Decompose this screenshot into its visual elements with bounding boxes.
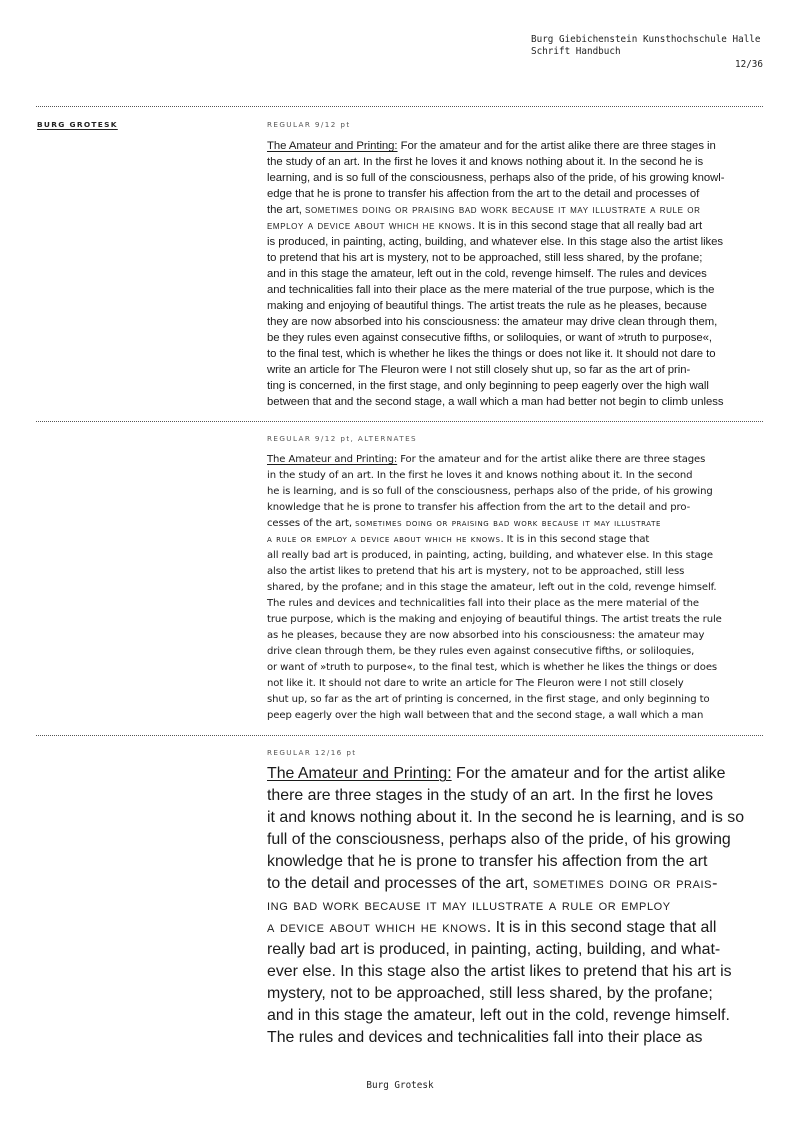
text-line: to pretend that his art is mystery, not … [267, 250, 767, 266]
text-line: The Amateur and Printing: For the amateu… [267, 763, 767, 785]
page-header: Burg Giebichenstein Kunsthochschule Hall… [531, 34, 763, 71]
text-line: knowledge that he is prone to transfer h… [267, 851, 767, 873]
text-line: ever else. In this stage also the artist… [267, 961, 767, 983]
specimen-text: The Amateur and Printing: For the amateu… [267, 763, 767, 1049]
text-line: true purpose, which is the making and en… [267, 612, 767, 628]
specimen-spec-label: REGULAR 9/12 pt, ALTERNATES [267, 434, 767, 443]
text-line: in the study of an art. In the first he … [267, 468, 767, 484]
specimen-title: The Amateur and Printing: [267, 765, 452, 782]
specimen-section-regular-12-16: REGULAR 12/16 pt The Amateur and Printin… [267, 748, 767, 1049]
text-line: The rules and devices and technicalities… [267, 1027, 767, 1049]
text-line: not like it. It should not dare to write… [267, 676, 767, 692]
specimen-spec-label: REGULAR 12/16 pt [267, 748, 767, 757]
specimen-section-regular-9-12: REGULAR 9/12 pt The Amateur and Printing… [267, 120, 767, 410]
text-line: they are now absorbed into his conscious… [267, 314, 767, 330]
specimen-text: The Amateur and Printing: For the amateu… [267, 452, 767, 724]
text-line: as he pleases, because they are now abso… [267, 628, 767, 644]
text-line: a rule or employ a device about which he… [267, 532, 767, 548]
text-line: is produced, in painting, acting, buildi… [267, 234, 767, 250]
text-line: he is learning, and is so full of the co… [267, 484, 767, 500]
text-line: really bad art is produced, in painting,… [267, 939, 767, 961]
text-line: to the final test, which is whether he l… [267, 346, 767, 362]
text-line: mystery, not to be approached, still les… [267, 983, 767, 1005]
text-line: between that and the second stage, a wal… [267, 394, 767, 410]
dotted-divider [36, 106, 763, 107]
page-number: 12/36 [531, 59, 763, 71]
text-line: also the artist likes to pretend that hi… [267, 564, 767, 580]
publication-title: Schrift Handbuch [531, 46, 763, 58]
font-family-label: BURG GROTESK [37, 120, 118, 129]
text-line: and in this stage the amateur, left out … [267, 266, 767, 282]
text-line: drive clean through them, be they rules … [267, 644, 767, 660]
text-line: be they rules even against consecutive f… [267, 330, 767, 346]
page-footer: Burg Grotesk [0, 1080, 800, 1091]
text-line: shut up, so far as the art of printing i… [267, 692, 767, 708]
text-line: the study of an art. In the first he lov… [267, 154, 767, 170]
text-line: and technicalities fall into their place… [267, 282, 767, 298]
text-line: the art, sometimes doing or praising bad… [267, 202, 767, 218]
text-line: all really bad art is produced, in paint… [267, 548, 767, 564]
text-line: peep eagerly over the high wall between … [267, 708, 767, 724]
small-caps-text: sometimes doing or prais- [533, 875, 718, 892]
text-line: shared, by the profane; and in this stag… [267, 580, 767, 596]
small-caps-text: a device about which he knows [267, 919, 487, 936]
text-line: The Amateur and Printing: For the amateu… [267, 452, 767, 468]
text-line: learning, and is so full of the consciou… [267, 170, 767, 186]
specimen-spec-label: REGULAR 9/12 pt [267, 120, 767, 129]
small-caps-text: sometimes doing or praising bad work bec… [305, 204, 700, 216]
text-line: ting is concerned, in the first stage, a… [267, 378, 767, 394]
small-caps-text: ing bad work because it may illustrate a… [267, 897, 671, 914]
institution-name: Burg Giebichenstein Kunsthochschule Hall… [531, 34, 763, 46]
text-line: a device about which he knows. It is in … [267, 917, 767, 939]
specimen-title: The Amateur and Printing: [267, 140, 398, 152]
text-line: knowledge that he is prone to transfer h… [267, 500, 767, 516]
text-line: or want of »truth to purpose«, to the fi… [267, 660, 767, 676]
specimen-text: The Amateur and Printing: For the amateu… [267, 138, 767, 410]
text-line: The Amateur and Printing: For the amateu… [267, 138, 767, 154]
text-line: write an article for The Fleuron were I … [267, 362, 767, 378]
dotted-divider [36, 735, 763, 736]
text-line: full of the consciousness, perhaps also … [267, 829, 767, 851]
text-line: making and enjoying of beautiful things.… [267, 298, 767, 314]
small-caps-text: sometimes doing or praising bad work bec… [355, 518, 661, 529]
text-line: it and knows nothing about it. In the se… [267, 807, 767, 829]
text-line: to the detail and processes of the art, … [267, 873, 767, 895]
dotted-divider [36, 421, 763, 422]
specimen-section-regular-9-12-alternates: REGULAR 9/12 pt, ALTERNATES The Amateur … [267, 434, 767, 724]
small-caps-text: a rule or employ a device about which he… [267, 534, 500, 545]
text-line: cesses of the art, sometimes doing or pr… [267, 516, 767, 532]
text-line: edge that he is prone to transfer his af… [267, 186, 767, 202]
text-line: The rules and devices and technicalities… [267, 596, 767, 612]
text-line: there are three stages in the study of a… [267, 785, 767, 807]
text-line: and in this stage the amateur, left out … [267, 1005, 767, 1027]
small-caps-text: employ a device about which he knows [267, 220, 472, 232]
specimen-title: The Amateur and Printing: [267, 454, 397, 465]
text-line: ing bad work because it may illustrate a… [267, 895, 767, 917]
text-line: employ a device about which he knows. It… [267, 218, 767, 234]
